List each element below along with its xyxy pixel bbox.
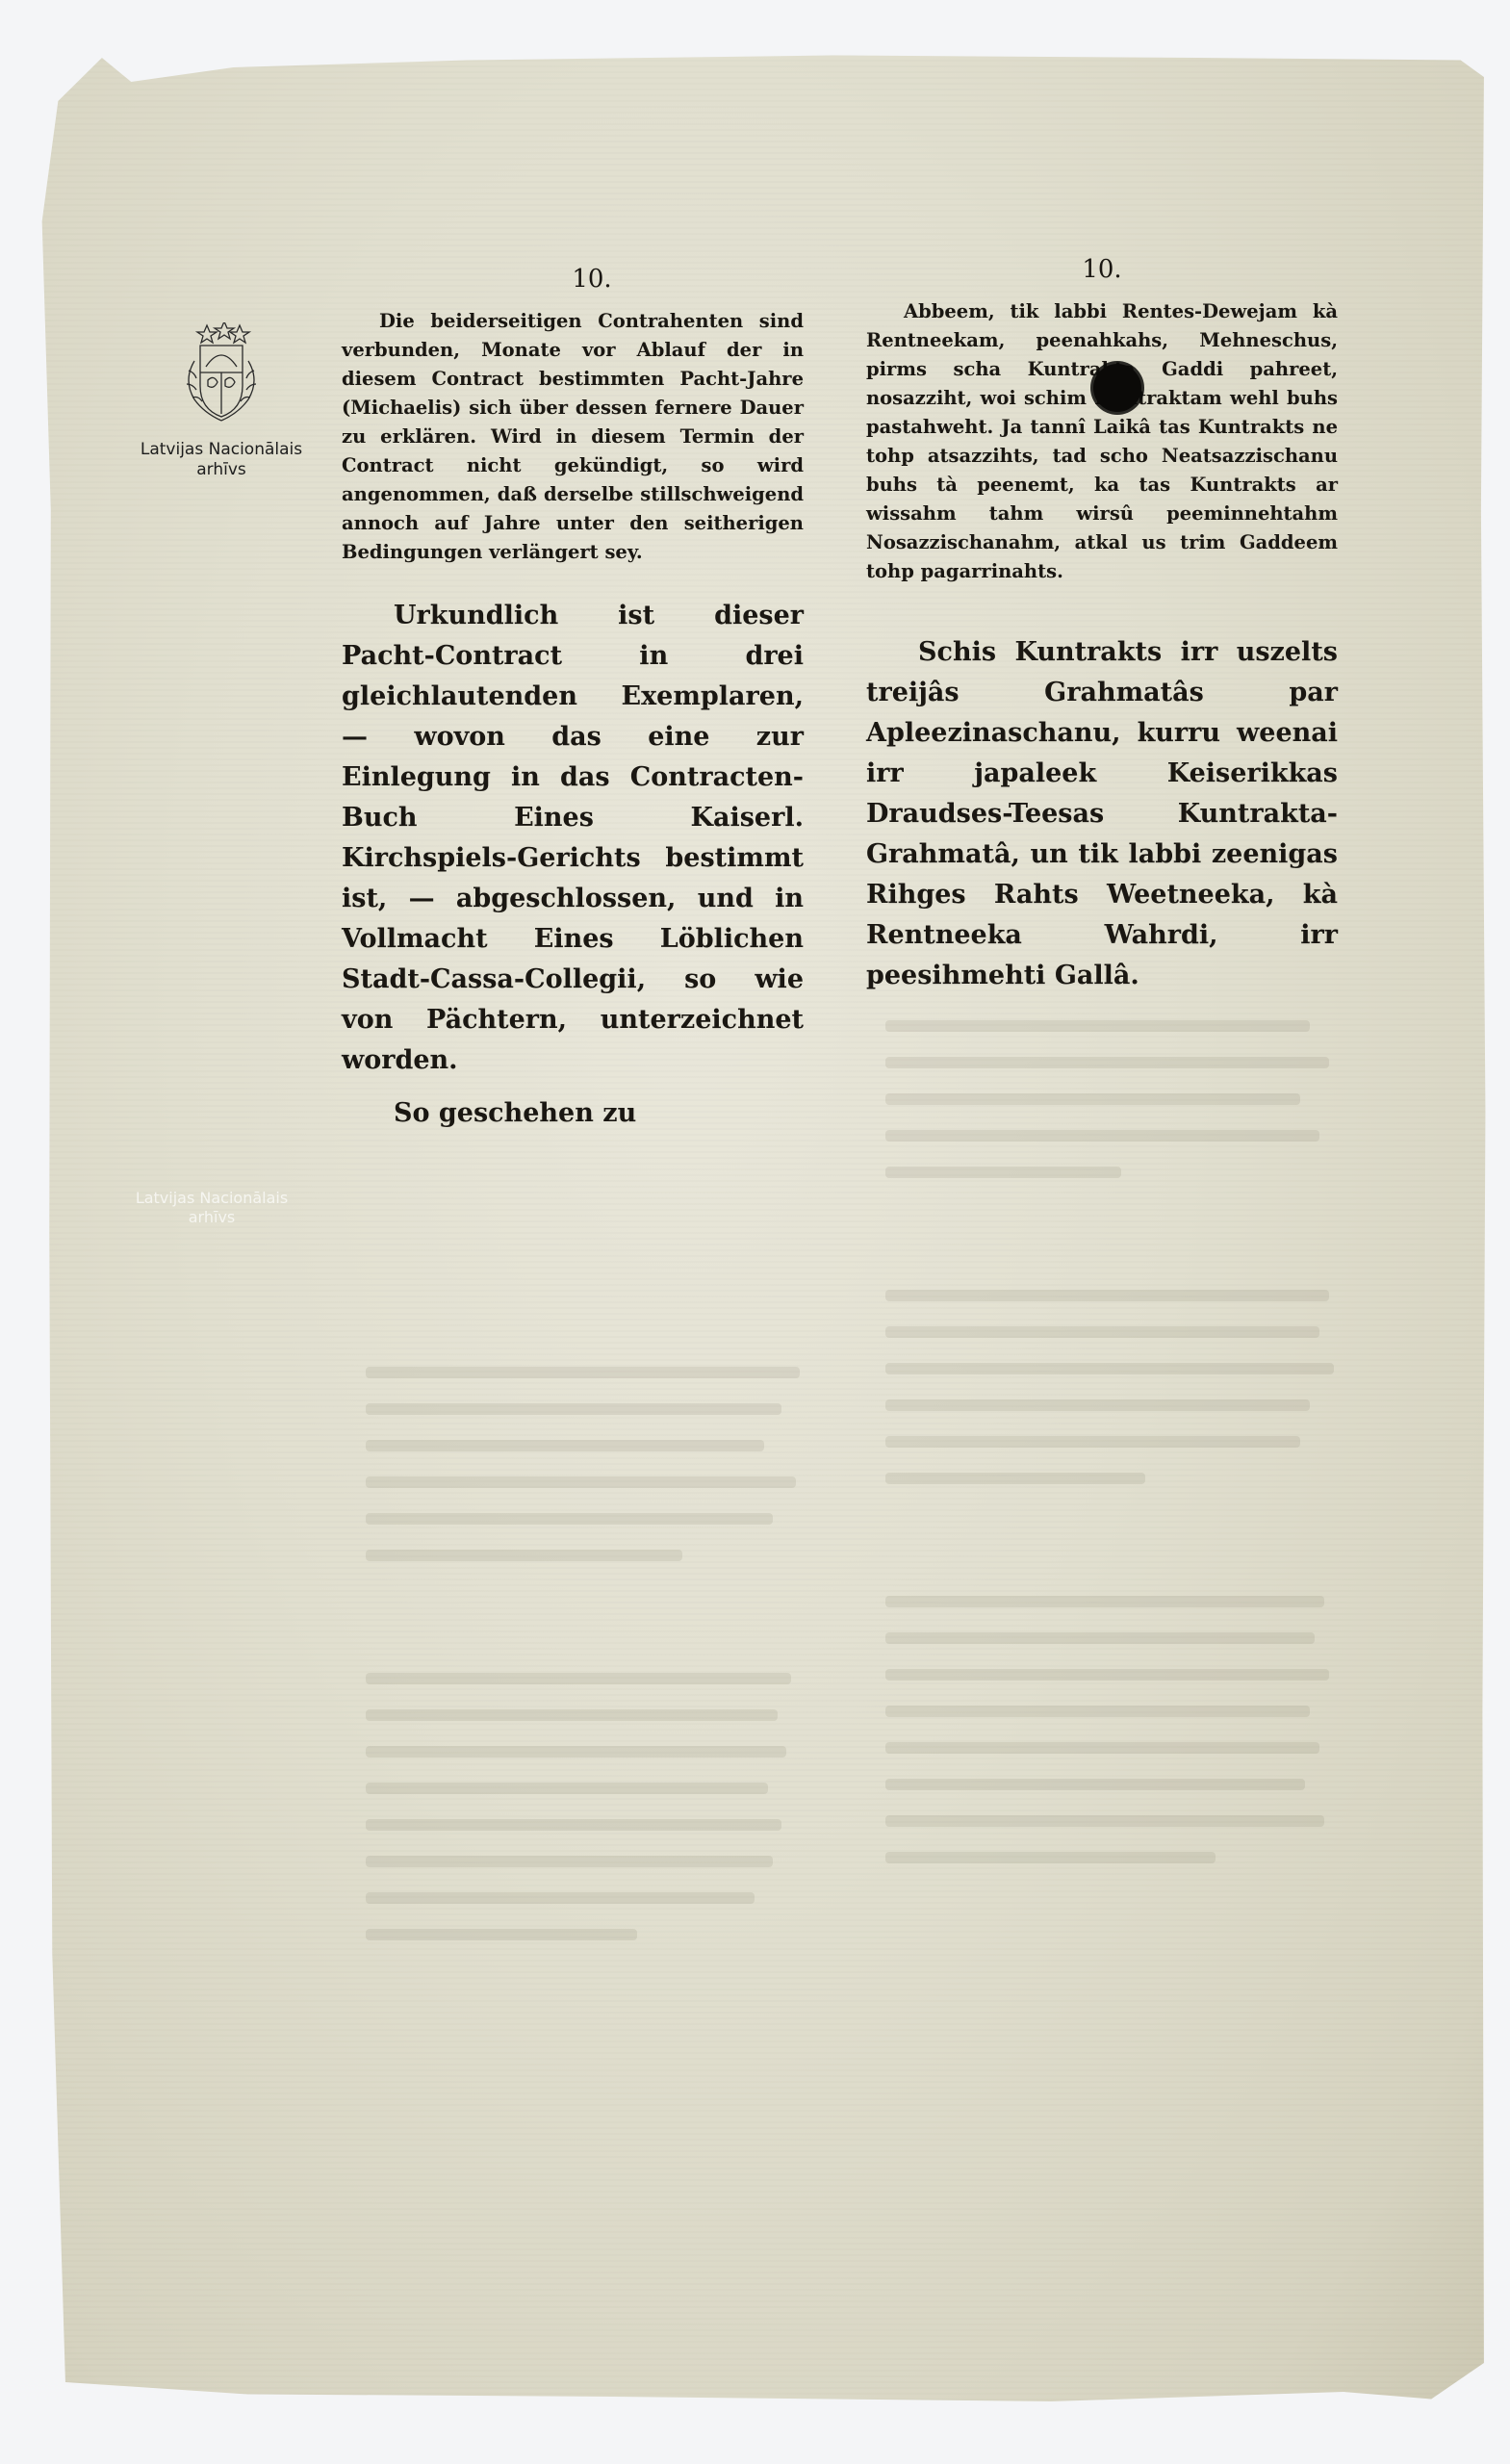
latvia-coat-of-arms-icon <box>173 322 269 430</box>
watermark-line1: Latvijas Nacionālais <box>96 1189 327 1208</box>
watermark-line2: arhīvs <box>96 1208 327 1227</box>
archive-name-line1: Latvijas Nacionālais <box>106 440 337 460</box>
ink-blot <box>1093 364 1141 412</box>
archive-logo: Latvijas Nacionālais arhīvs <box>106 322 337 480</box>
archive-name-line2: arhīvs <box>106 460 337 480</box>
latvian-paragraph-attestation: Schis Kuntrakts irr uszelts treijâs Grah… <box>866 632 1338 996</box>
german-closing-line: So geschehen zu <box>342 1098 804 1128</box>
show-through-text-left <box>366 1367 818 1965</box>
german-paragraph-renewal-clause: Die beiderseitigen Contrahenten sind ver… <box>342 307 804 567</box>
page-number-german: 10. <box>380 265 804 294</box>
page-number-latvian: 10. <box>866 255 1338 284</box>
german-paragraph-attestation: Urkundlich ist dieser Pacht-Contract in … <box>342 596 804 1081</box>
latvian-paragraph-renewal-clause: Abbeem, tik labbi Rentes-Dewejam kà Rent… <box>866 297 1338 586</box>
archive-watermark: Latvijas Nacionālais arhīvs <box>96 1189 327 1227</box>
show-through-text-right <box>885 1020 1357 1888</box>
german-text-column: 10. Die beiderseitigen Contrahenten sind… <box>342 265 804 1154</box>
latvian-text-column: 10. Abbeem, tik labbi Rentes-Dewejam kà … <box>866 255 1338 996</box>
